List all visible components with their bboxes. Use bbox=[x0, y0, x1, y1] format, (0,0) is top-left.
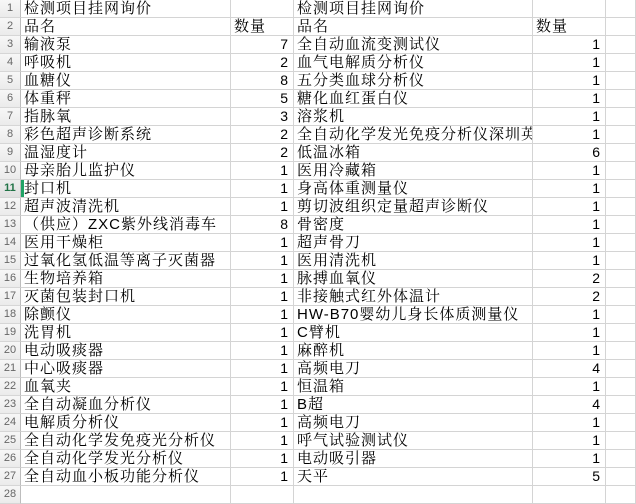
cell-empty[interactable] bbox=[606, 342, 636, 360]
cell-right-qty[interactable]: 1 bbox=[533, 108, 606, 126]
cell-right-qty[interactable]: 2 bbox=[533, 288, 606, 306]
row-header[interactable]: 26 bbox=[0, 450, 21, 468]
cell-empty[interactable] bbox=[606, 144, 636, 162]
cell-left-qty[interactable]: 1 bbox=[231, 180, 294, 198]
cell-empty[interactable] bbox=[606, 270, 636, 288]
cell-left-qty[interactable]: 1 bbox=[231, 414, 294, 432]
cell-left-qty[interactable]: 1 bbox=[231, 198, 294, 216]
cell-left-qty[interactable]: 1 bbox=[231, 378, 294, 396]
row-header[interactable]: 12 bbox=[0, 198, 21, 216]
row-header[interactable]: 27 bbox=[0, 468, 21, 486]
cell-left-name[interactable] bbox=[21, 486, 231, 504]
cell-left-qty[interactable]: 1 bbox=[231, 288, 294, 306]
sheet-title-left[interactable]: 检测项目挂网询价 bbox=[21, 0, 231, 18]
cell-left-name[interactable]: 电动吸痰器 bbox=[21, 342, 231, 360]
cell-right-name[interactable]: 高频电刀 bbox=[294, 360, 533, 378]
cell-right-name[interactable]: 非接触式红外体温计 bbox=[294, 288, 533, 306]
cell-right-qty[interactable]: 1 bbox=[533, 90, 606, 108]
cell-right-name[interactable]: 身高体重测量仪 bbox=[294, 180, 533, 198]
spreadsheet-window: 1检测项目挂网询价检测项目挂网询价2品名数量品名数量3输液泵7全自动血流变测试仪… bbox=[0, 0, 636, 504]
row-header[interactable]: 6 bbox=[0, 90, 21, 108]
row-header[interactable]: 19 bbox=[0, 324, 21, 342]
cell-empty[interactable] bbox=[606, 414, 636, 432]
col-header-right-name[interactable]: 品名 bbox=[294, 18, 533, 36]
cell-empty[interactable] bbox=[606, 18, 636, 36]
cell-empty[interactable] bbox=[606, 378, 636, 396]
cell-empty[interactable] bbox=[606, 324, 636, 342]
cell-right-name[interactable]: 电动吸引器 bbox=[294, 450, 533, 468]
cell-empty[interactable] bbox=[606, 234, 636, 252]
cell-left-qty[interactable]: 8 bbox=[231, 216, 294, 234]
cell-left-name[interactable]: 彩色超声诊断系统 bbox=[21, 126, 231, 144]
cell-right-qty[interactable]: 1 bbox=[533, 36, 606, 54]
cell-right-qty[interactable]: 4 bbox=[533, 396, 606, 414]
cell-right-name[interactable]: C臂机 bbox=[294, 324, 533, 342]
row-header-selected[interactable]: 11 bbox=[0, 180, 21, 198]
cell-left-name[interactable]: 输液泵 bbox=[21, 36, 231, 54]
cell-right-name[interactable]: 骨密度 bbox=[294, 216, 533, 234]
row-header[interactable]: 16 bbox=[0, 270, 21, 288]
cell-left-name[interactable]: 体重秤 bbox=[21, 90, 231, 108]
cell-right-qty[interactable]: 1 bbox=[533, 432, 606, 450]
cell-left-qty[interactable]: 1 bbox=[231, 234, 294, 252]
cell-right-name[interactable]: 血气电解质分析仪 bbox=[294, 54, 533, 72]
cell-left-name[interactable]: 生物培养箱 bbox=[21, 270, 231, 288]
cell-empty[interactable] bbox=[606, 72, 636, 90]
cell-left-name[interactable]: 母亲胎儿监护仪 bbox=[21, 162, 231, 180]
cell-right-qty[interactable]: 1 bbox=[533, 180, 606, 198]
cell-right-name[interactable]: 医用清洗机 bbox=[294, 252, 533, 270]
cell-right-qty[interactable]: 2 bbox=[533, 270, 606, 288]
cell-right-name[interactable]: 医用冷藏箱 bbox=[294, 162, 533, 180]
cell-right-name[interactable]: 剪切波组织定量超声诊断仪 bbox=[294, 198, 533, 216]
row-header[interactable]: 13 bbox=[0, 216, 21, 234]
cell-right-qty[interactable] bbox=[533, 0, 606, 18]
cell-right-name[interactable] bbox=[294, 486, 533, 504]
col-header-right-qty[interactable]: 数量 bbox=[533, 18, 606, 36]
cell-left-name[interactable]: 过氧化氢低温等离子灭菌器 bbox=[21, 252, 231, 270]
cell-right-name[interactable]: 脉搏血氧仪 bbox=[294, 270, 533, 288]
cell-right-name[interactable]: 全自动血流变测试仪 bbox=[294, 36, 533, 54]
cell-left-qty[interactable]: 1 bbox=[231, 342, 294, 360]
cell-left-qty[interactable]: 1 bbox=[231, 396, 294, 414]
cell-right-qty[interactable]: 1 bbox=[533, 72, 606, 90]
cell-left-name[interactable]: 血氧夹 bbox=[21, 378, 231, 396]
cell-right-name[interactable]: 全自动化学发光免疫分析仪深圳英 bbox=[294, 126, 533, 144]
cell-empty[interactable] bbox=[606, 54, 636, 72]
cell-right-qty[interactable]: 1 bbox=[533, 54, 606, 72]
row-header[interactable]: 17 bbox=[0, 288, 21, 306]
active-cell-left-name[interactable]: 封口机 bbox=[21, 180, 231, 198]
row-header[interactable]: 24 bbox=[0, 414, 21, 432]
cell-empty[interactable] bbox=[606, 198, 636, 216]
cell-right-name[interactable]: 低温冰箱 bbox=[294, 144, 533, 162]
cell-left-qty[interactable]: 2 bbox=[231, 144, 294, 162]
cell-left-qty[interactable]: 1 bbox=[231, 468, 294, 486]
row-header[interactable]: 1 bbox=[0, 0, 21, 18]
cell-left-qty[interactable]: 8 bbox=[231, 72, 294, 90]
cell-left-qty[interactable] bbox=[231, 486, 294, 504]
cell-right-qty[interactable]: 1 bbox=[533, 234, 606, 252]
cell-left-qty[interactable]: 1 bbox=[231, 306, 294, 324]
cell-left-qty[interactable]: 1 bbox=[231, 360, 294, 378]
cell-right-name[interactable]: 超声骨刀 bbox=[294, 234, 533, 252]
cell-empty[interactable] bbox=[606, 36, 636, 54]
cell-empty[interactable] bbox=[606, 288, 636, 306]
cell-right-qty[interactable]: 5 bbox=[533, 468, 606, 486]
cell-right-name[interactable]: 麻醉机 bbox=[294, 342, 533, 360]
row-header[interactable]: 3 bbox=[0, 36, 21, 54]
cell-right-name[interactable]: 高频电刀 bbox=[294, 414, 533, 432]
cell-left-qty[interactable]: 7 bbox=[231, 36, 294, 54]
cell-right-name[interactable]: 恒温箱 bbox=[294, 378, 533, 396]
cell-left-qty[interactable]: 1 bbox=[231, 450, 294, 468]
cell-empty[interactable] bbox=[606, 0, 636, 18]
col-header-left-name[interactable]: 品名 bbox=[21, 18, 231, 36]
cell-left-name[interactable]: 全自动化学发光分析仪 bbox=[21, 450, 231, 468]
cell-right-qty[interactable]: 1 bbox=[533, 198, 606, 216]
cell-left-name[interactable]: 洗胃机 bbox=[21, 324, 231, 342]
cell-right-name[interactable]: HW-B70婴幼儿身长体质测量仪 bbox=[294, 306, 533, 324]
cell-left-name[interactable]: 全自动化学发免疫光分析仪 bbox=[21, 432, 231, 450]
row-header[interactable]: 15 bbox=[0, 252, 21, 270]
cell-left-name[interactable]: 医用干燥柜 bbox=[21, 234, 231, 252]
cell-left-name[interactable]: 中心吸痰器 bbox=[21, 360, 231, 378]
cell-right-qty[interactable]: 1 bbox=[533, 450, 606, 468]
row-header[interactable]: 10 bbox=[0, 162, 21, 180]
cell-left-name[interactable]: 呼吸机 bbox=[21, 54, 231, 72]
cell-right-name[interactable]: 糖化血红蛋白仪 bbox=[294, 90, 533, 108]
cell-right-name[interactable]: 五分类血球分析仪 bbox=[294, 72, 533, 90]
cell-empty[interactable] bbox=[606, 216, 636, 234]
cell-right-qty[interactable]: 4 bbox=[533, 360, 606, 378]
row-header[interactable]: 5 bbox=[0, 72, 21, 90]
cell-right-qty[interactable]: 1 bbox=[533, 324, 606, 342]
cell-empty[interactable] bbox=[606, 360, 636, 378]
row-header[interactable]: 22 bbox=[0, 378, 21, 396]
cell-left-name[interactable]: （供应）ZXC紫外线消毒车 bbox=[21, 216, 231, 234]
cell-right-qty[interactable]: 1 bbox=[533, 162, 606, 180]
cell-left-qty[interactable]: 5 bbox=[231, 90, 294, 108]
row-header[interactable]: 23 bbox=[0, 396, 21, 414]
cell-empty[interactable] bbox=[606, 468, 636, 486]
cell-empty[interactable] bbox=[606, 450, 636, 468]
cell-right-name[interactable]: 溶浆机 bbox=[294, 108, 533, 126]
cell-left-name[interactable]: 超声波清洗机 bbox=[21, 198, 231, 216]
cell-empty[interactable] bbox=[606, 252, 636, 270]
cell-left-name[interactable]: 指脉氧 bbox=[21, 108, 231, 126]
cell-left-qty[interactable]: 1 bbox=[231, 162, 294, 180]
row-header[interactable]: 25 bbox=[0, 432, 21, 450]
cell-right-qty[interactable]: 1 bbox=[533, 414, 606, 432]
sheet-title-right[interactable]: 检测项目挂网询价 bbox=[294, 0, 533, 18]
row-header[interactable]: 18 bbox=[0, 306, 21, 324]
cell-left-name[interactable]: 全自动凝血分析仪 bbox=[21, 396, 231, 414]
spreadsheet-grid: 1检测项目挂网询价检测项目挂网询价2品名数量品名数量3输液泵7全自动血流变测试仪… bbox=[0, 0, 636, 504]
cell-left-name[interactable]: 电解质分析仪 bbox=[21, 414, 231, 432]
cell-left-name[interactable]: 温湿度计 bbox=[21, 144, 231, 162]
row-header[interactable]: 14 bbox=[0, 234, 21, 252]
cell-left-name[interactable]: 全自动血小板功能分析仪 bbox=[21, 468, 231, 486]
cell-empty[interactable] bbox=[606, 90, 636, 108]
cell-left-qty[interactable]: 1 bbox=[231, 252, 294, 270]
cell-left-qty[interactable]: 2 bbox=[231, 126, 294, 144]
cell-left-qty[interactable]: 1 bbox=[231, 432, 294, 450]
row-header[interactable]: 4 bbox=[0, 54, 21, 72]
cell-empty[interactable] bbox=[606, 180, 636, 198]
cell-right-qty[interactable] bbox=[533, 486, 606, 504]
cell-empty[interactable] bbox=[606, 108, 636, 126]
cell-left-name[interactable]: 灭菌包装封口机 bbox=[21, 288, 231, 306]
cell-right-qty[interactable]: 1 bbox=[533, 378, 606, 396]
row-header[interactable]: 8 bbox=[0, 126, 21, 144]
cell-left-name[interactable]: 血糖仪 bbox=[21, 72, 231, 90]
row-header[interactable]: 9 bbox=[0, 144, 21, 162]
cell-left-qty[interactable]: 1 bbox=[231, 324, 294, 342]
cell-left-qty[interactable] bbox=[231, 0, 294, 18]
row-header[interactable]: 7 bbox=[0, 108, 21, 126]
cell-right-name[interactable]: 呼气试验测试仪 bbox=[294, 432, 533, 450]
cell-right-name[interactable]: 天平 bbox=[294, 468, 533, 486]
cell-right-qty[interactable]: 1 bbox=[533, 252, 606, 270]
cell-empty[interactable] bbox=[606, 396, 636, 414]
cell-right-name[interactable]: B超 bbox=[294, 396, 533, 414]
cell-empty[interactable] bbox=[606, 486, 636, 504]
cell-empty[interactable] bbox=[606, 162, 636, 180]
cell-right-qty[interactable]: 1 bbox=[533, 306, 606, 324]
row-header[interactable]: 21 bbox=[0, 360, 21, 378]
row-header[interactable]: 20 bbox=[0, 342, 21, 360]
cell-right-qty[interactable]: 6 bbox=[533, 144, 606, 162]
cell-left-qty[interactable]: 1 bbox=[231, 270, 294, 288]
cell-right-qty[interactable]: 1 bbox=[533, 216, 606, 234]
cell-left-qty[interactable]: 2 bbox=[231, 54, 294, 72]
cell-left-qty[interactable]: 3 bbox=[231, 108, 294, 126]
cell-empty[interactable] bbox=[606, 306, 636, 324]
row-header[interactable]: 28 bbox=[0, 486, 21, 504]
cell-empty[interactable] bbox=[606, 432, 636, 450]
col-header-left-qty[interactable]: 数量 bbox=[231, 18, 294, 36]
cell-left-name[interactable]: 除颤仪 bbox=[21, 306, 231, 324]
cell-right-qty[interactable]: 1 bbox=[533, 126, 606, 144]
cell-right-qty[interactable]: 1 bbox=[533, 342, 606, 360]
row-header[interactable]: 2 bbox=[0, 18, 21, 36]
cell-empty[interactable] bbox=[606, 126, 636, 144]
